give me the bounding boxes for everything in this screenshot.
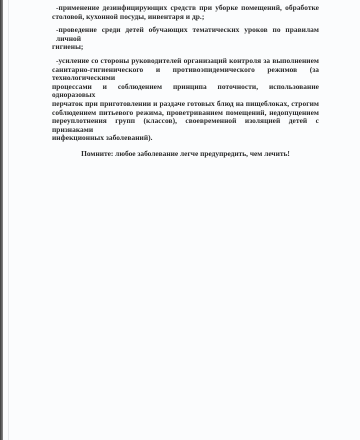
scan-border (0, 0, 3, 440)
text-line: -проведение среди детей обучающих темати… (52, 26, 319, 43)
paragraph-control: -усиление со стороны руководителей орган… (52, 57, 319, 143)
closing-statement: Помните: любое заболевание легче предупр… (52, 150, 319, 159)
paragraph-disinfection: -применение дезинфицирующих средств при … (52, 4, 319, 21)
text-line: столовой, кухонной посуды, инвентаря и д… (52, 13, 319, 22)
paragraph-hygiene-lessons: -проведение среди детей обучающих темати… (52, 26, 319, 52)
scan-border-line (8, 0, 9, 440)
text-line: санитарно-гигиенического и противоэпидем… (52, 66, 319, 83)
text-line: гигиены; (52, 43, 319, 52)
text-line: инфекционных заболеваний). (52, 134, 319, 143)
text-line: процессами и соблюдением принципа поточн… (52, 83, 319, 100)
text-line: переуплотнения групп (классов), своеврем… (52, 117, 319, 134)
document-page: -применение дезинфицирующих средств при … (52, 4, 319, 159)
